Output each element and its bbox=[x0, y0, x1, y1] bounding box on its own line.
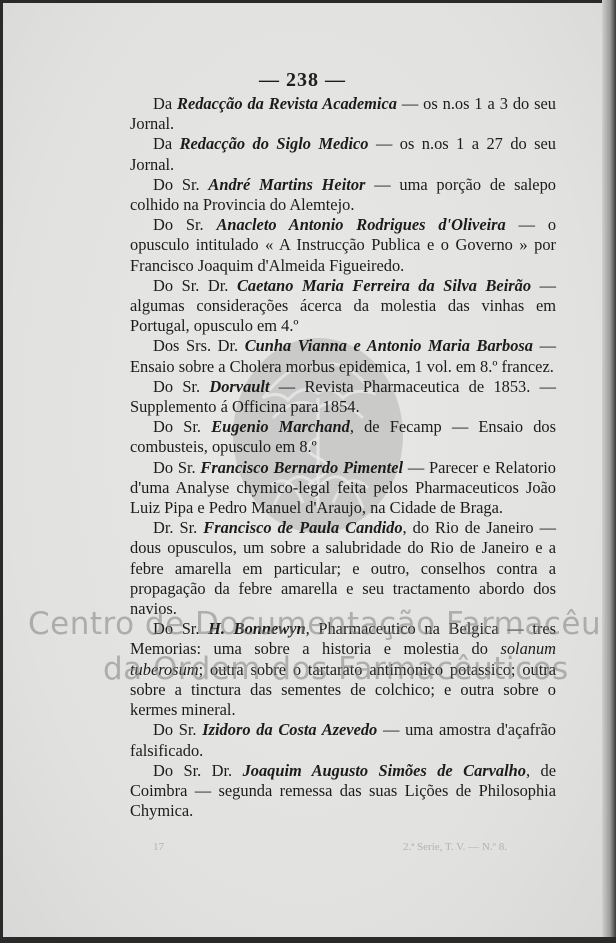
book-page: — 238 — Da Redacção da Revista Academica… bbox=[3, 3, 602, 937]
donor-name: Eugenio Marchand bbox=[211, 417, 350, 436]
donor-name: Redacção da Revista Academica bbox=[177, 94, 397, 113]
list-item: Dr. Sr. Francisco de Paula Candido, do R… bbox=[130, 518, 556, 619]
body-text: Da Redacção da Revista Academica — os n.… bbox=[130, 94, 556, 821]
donor-name: Redacção do Siglo Medico bbox=[180, 134, 369, 153]
bleed-through-footer: 2.ª Serie, T. V. — N.º 8. bbox=[403, 841, 507, 853]
page-edge-right bbox=[602, 0, 616, 943]
list-item: Do Sr. Francisco Bernardo Pimentel — Par… bbox=[130, 458, 556, 519]
donor-name: Francisco Bernardo Pimentel bbox=[200, 458, 403, 477]
list-item: Do Sr. Eugenio Marchand, de Fecamp — Ens… bbox=[130, 417, 556, 457]
list-item: Do Sr. Anacleto Antonio Rodrigues d'Oliv… bbox=[130, 215, 556, 276]
donor-name: Izidoro da Costa Azevedo bbox=[202, 720, 377, 739]
donor-name: Francisco de Paula Candido bbox=[203, 518, 402, 537]
list-item: Do Sr. André Martins Heitor — uma porção… bbox=[130, 175, 556, 215]
donor-name: Joaquim Augusto Simões de Carvalho bbox=[243, 761, 526, 780]
page-edge-bottom bbox=[0, 937, 616, 943]
donor-name: André Martins Heitor bbox=[208, 175, 365, 194]
donor-name: Anacleto Antonio Rodrigues d'Oliveira bbox=[216, 215, 505, 234]
list-item: Do Sr. Dorvault — Revista Pharmaceutica … bbox=[130, 377, 556, 417]
donor-name: Cunha Vianna e Antonio Maria Barbosa bbox=[245, 336, 533, 355]
list-item: Do Sr. Dr. Caetano Maria Ferreira da Sil… bbox=[130, 276, 556, 337]
watermark-text-line2: da Ordem dos Farmacêuticos bbox=[103, 651, 602, 687]
list-item: Da Redacção da Revista Academica — os n.… bbox=[130, 94, 556, 134]
bleed-through-number: 17 bbox=[153, 841, 164, 853]
list-item: Da Redacção do Siglo Medico — os n.os 1 … bbox=[130, 134, 556, 174]
list-item: Do Sr. Dr. Joaquim Augusto Simões de Car… bbox=[130, 761, 556, 822]
page-number: — 238 — bbox=[3, 69, 602, 92]
watermark-text-line1: Centro de Documentação Farmacêutica bbox=[28, 606, 602, 642]
donor-name: Caetano Maria Ferreira da Silva Beirão bbox=[237, 276, 531, 295]
list-item: Dos Srs. Dr. Cunha Vianna e Antonio Mari… bbox=[130, 336, 556, 376]
donor-name: Dorvault bbox=[209, 377, 269, 396]
list-item: Do Sr. Izidoro da Costa Azevedo — uma am… bbox=[130, 720, 556, 760]
